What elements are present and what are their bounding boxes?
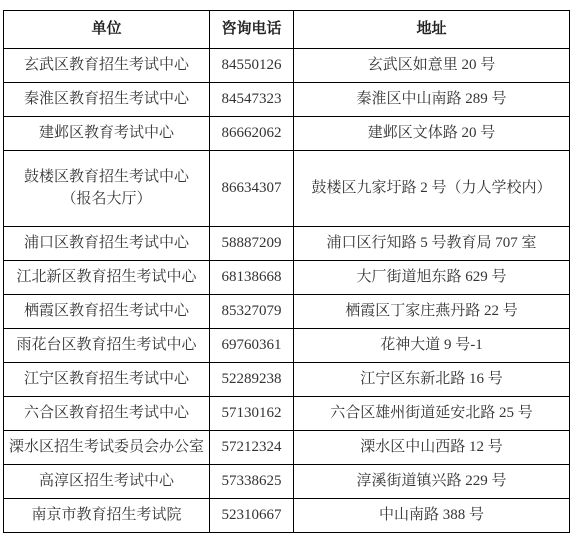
address-cell: 玄武区如意里 20 号 xyxy=(294,49,570,83)
address-cell: 溧水区中山西路 12 号 xyxy=(294,431,570,465)
table-row: 秦淮区教育招生考试中心84547323秦淮区中山南路 289 号 xyxy=(4,83,570,117)
phone-cell: 57212324 xyxy=(210,431,294,465)
exam-center-contact-table: 单位 咨询电话 地址 玄武区教育招生考试中心84550126玄武区如意里 20 … xyxy=(3,10,570,533)
table-row: 江宁区教育招生考试中心52289238江宁区东新北路 16 号 xyxy=(4,363,570,397)
address-cell: 淳溪街道镇兴路 229 号 xyxy=(294,465,570,499)
phone-cell: 57130162 xyxy=(210,397,294,431)
table-row: 鼓楼区教育招生考试中心（报名大厅）86634307鼓楼区九家圩路 2 号（力人学… xyxy=(4,151,570,227)
unit-cell: 玄武区教育招生考试中心 xyxy=(4,49,210,83)
unit-cell: 雨花台区教育招生考试中心 xyxy=(4,329,210,363)
unit-cell: 江北新区教育招生考试中心 xyxy=(4,261,210,295)
address-cell: 六合区雄州街道延安北路 25 号 xyxy=(294,397,570,431)
unit-cell: 高淳区招生考试中心 xyxy=(4,465,210,499)
table-row: 雨花台区教育招生考试中心69760361花神大道 9 号-1 xyxy=(4,329,570,363)
address-cell: 大厂街道旭东路 629 号 xyxy=(294,261,570,295)
address-cell: 鼓楼区九家圩路 2 号（力人学校内） xyxy=(294,151,570,227)
address-cell: 江宁区东新北路 16 号 xyxy=(294,363,570,397)
unit-cell: 浦口区教育招生考试中心 xyxy=(4,227,210,261)
phone-cell: 57338625 xyxy=(210,465,294,499)
phone-cell: 58887209 xyxy=(210,227,294,261)
unit-cell: 南京市教育招生考试院 xyxy=(4,499,210,533)
phone-cell: 68138668 xyxy=(210,261,294,295)
table-row: 江北新区教育招生考试中心68138668大厂街道旭东路 629 号 xyxy=(4,261,570,295)
table-row: 栖霞区教育招生考试中心85327079栖霞区丁家庄燕丹路 22 号 xyxy=(4,295,570,329)
address-cell: 中山南路 388 号 xyxy=(294,499,570,533)
table-row: 玄武区教育招生考试中心84550126玄武区如意里 20 号 xyxy=(4,49,570,83)
table-body: 玄武区教育招生考试中心84550126玄武区如意里 20 号秦淮区教育招生考试中… xyxy=(4,49,570,533)
column-header-unit: 单位 xyxy=(4,11,210,49)
unit-cell: 秦淮区教育招生考试中心 xyxy=(4,83,210,117)
address-cell: 浦口区行知路 5 号教育局 707 室 xyxy=(294,227,570,261)
phone-cell: 52289238 xyxy=(210,363,294,397)
phone-cell: 86662062 xyxy=(210,117,294,151)
table-row: 高淳区招生考试中心57338625淳溪街道镇兴路 229 号 xyxy=(4,465,570,499)
table-row: 浦口区教育招生考试中心58887209浦口区行知路 5 号教育局 707 室 xyxy=(4,227,570,261)
phone-cell: 86634307 xyxy=(210,151,294,227)
unit-cell: 栖霞区教育招生考试中心 xyxy=(4,295,210,329)
phone-cell: 84550126 xyxy=(210,49,294,83)
table-row: 溧水区招生考试委员会办公室57212324溧水区中山西路 12 号 xyxy=(4,431,570,465)
address-cell: 花神大道 9 号-1 xyxy=(294,329,570,363)
table-row: 六合区教育招生考试中心57130162六合区雄州街道延安北路 25 号 xyxy=(4,397,570,431)
column-header-address: 地址 xyxy=(294,11,570,49)
unit-cell: 建邺区教育考试中心 xyxy=(4,117,210,151)
phone-cell: 85327079 xyxy=(210,295,294,329)
unit-name-line1: 鼓楼区教育招生考试中心 xyxy=(8,167,205,189)
page: 单位 咨询电话 地址 玄武区教育招生考试中心84550126玄武区如意里 20 … xyxy=(0,0,579,542)
phone-cell: 84547323 xyxy=(210,83,294,117)
unit-cell: 江宁区教育招生考试中心 xyxy=(4,363,210,397)
address-cell: 建邺区文体路 20 号 xyxy=(294,117,570,151)
phone-cell: 52310667 xyxy=(210,499,294,533)
header-row: 单位 咨询电话 地址 xyxy=(4,11,570,49)
unit-cell: 鼓楼区教育招生考试中心（报名大厅） xyxy=(4,151,210,227)
table-row: 南京市教育招生考试院52310667中山南路 388 号 xyxy=(4,499,570,533)
address-cell: 栖霞区丁家庄燕丹路 22 号 xyxy=(294,295,570,329)
unit-name-line2: （报名大厅） xyxy=(8,189,205,211)
address-cell: 秦淮区中山南路 289 号 xyxy=(294,83,570,117)
table-row: 建邺区教育考试中心86662062建邺区文体路 20 号 xyxy=(4,117,570,151)
unit-cell: 溧水区招生考试委员会办公室 xyxy=(4,431,210,465)
phone-cell: 69760361 xyxy=(210,329,294,363)
unit-cell: 六合区教育招生考试中心 xyxy=(4,397,210,431)
column-header-phone: 咨询电话 xyxy=(210,11,294,49)
